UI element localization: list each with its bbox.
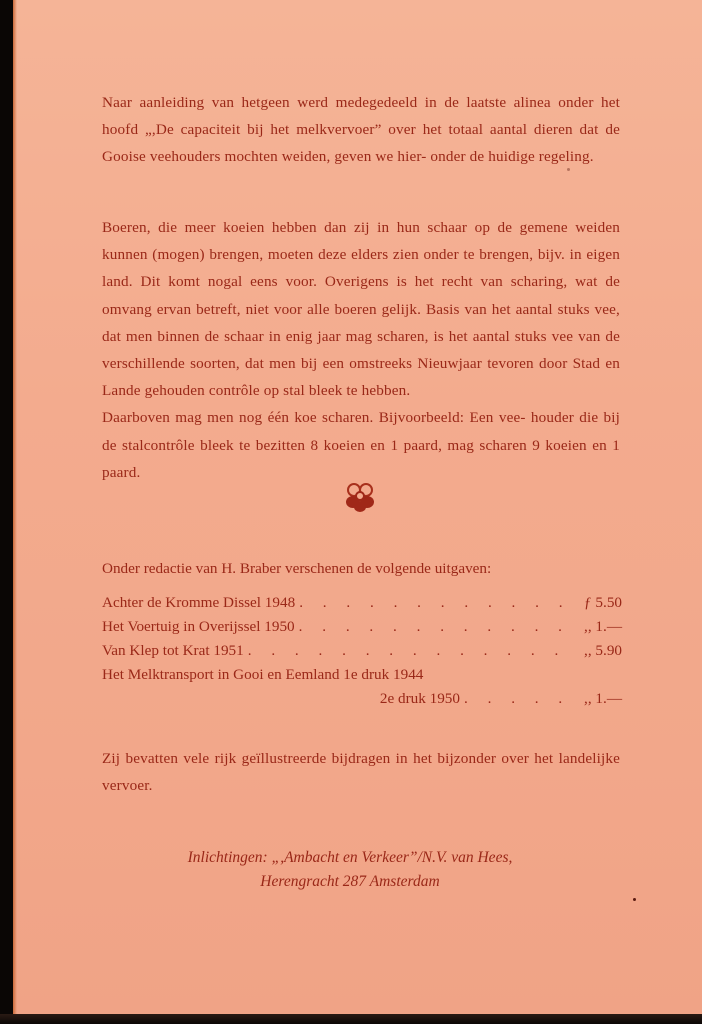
leader-dots: . . . . . . . . . . . . . . . . . . [299,618,574,636]
contact-line-2: Herengracht 287 Amsterdam [100,870,600,894]
paragraph-regulation-intro: Naar aanleiding van hetgeen werd medeged… [102,89,620,171]
publication-title: Van Klep tot Krat 1951 [102,642,244,660]
publication-price: ,, 1.— [578,618,622,636]
paragraph-publications-description: Zij bevatten vele rijk geïllustreerde bi… [102,745,620,799]
publication-title: Het Voertuig in Overijssel 1950 [102,618,295,636]
contact-line-1: Inlichtingen: „,Ambacht en Verkeer”/N.V.… [100,846,600,870]
publication-edition: 2e druk 1950 [380,690,460,708]
leader-dots: . . . . . . . [464,690,574,708]
publications-list: Achter de Kromme Dissel 1948 . . . . . .… [102,594,622,714]
publication-price: ,, 1.— [578,690,622,708]
publication-item-second-edition: 2e druk 1950 . . . . . . . ,, 1.— [102,690,622,714]
publication-title: Het Melktransport in Gooi en Eemland 1e … [102,666,423,684]
page-bottom-edge [0,1014,702,1024]
paragraph-grazing-example: Daarboven mag men nog één koe scharen. B… [102,404,620,486]
publication-item: Het Melktransport in Gooi en Eemland 1e … [102,666,622,690]
publication-price: ,, 5.90 [578,642,622,660]
publication-item: Het Voertuig in Overijssel 1950 . . . . … [102,618,622,642]
publications-intro: Onder redactie van H. Braber verschenen … [102,557,620,581]
paragraph-grazing-rules: Boeren, die meer koeien hebben dan zij i… [102,214,620,486]
contact-info: Inlichtingen: „,Ambacht en Verkeer”/N.V.… [100,846,600,894]
publication-price: ƒ 5.50 [578,594,622,612]
publication-item: Achter de Kromme Dissel 1948 . . . . . .… [102,594,622,618]
leader-dots: . . . . . . . . . . . . . . . . . . . [248,642,574,660]
leader-dots: . . . . . . . . . . . . . . . . . . [299,594,574,612]
flower-ornament-icon [343,480,377,514]
publication-item: Van Klep tot Krat 1951 . . . . . . . . .… [102,642,622,666]
paragraph-grazing-rules-main: Boeren, die meer koeien hebben dan zij i… [102,214,620,404]
paper-speck [633,898,636,901]
publication-title: Achter de Kromme Dissel 1948 [102,594,295,612]
